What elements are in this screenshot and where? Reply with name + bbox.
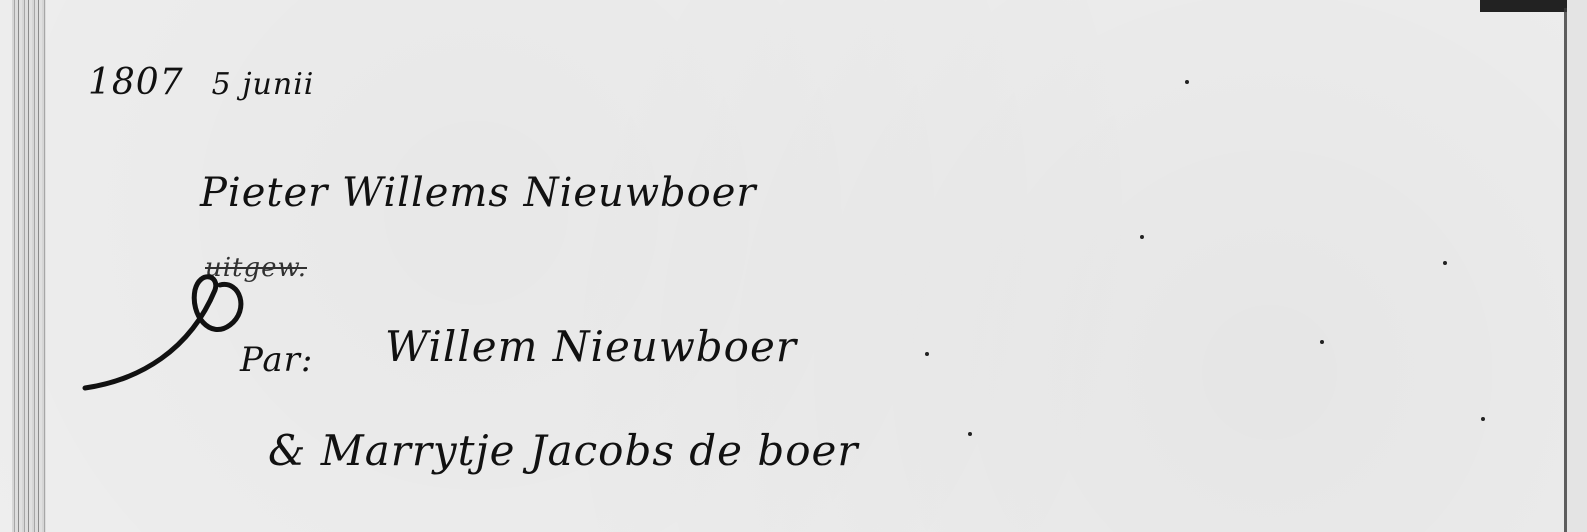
- ink-speck: [1481, 417, 1485, 421]
- book-binding-edge: [12, 0, 46, 532]
- entry-day: 5 junii: [212, 67, 315, 102]
- adjacent-page-strip: [1567, 0, 1587, 532]
- flourish-p-icon: [80, 270, 290, 400]
- entry-year: 1807: [88, 62, 184, 103]
- ink-speck: [968, 432, 972, 436]
- father-name: Willem Nieuwboer: [385, 322, 797, 371]
- mother-name: & Marrytje Jacobs de boer: [268, 426, 858, 475]
- ink-speck: [925, 352, 929, 356]
- ink-speck: [1185, 80, 1189, 84]
- ink-speck: [1320, 340, 1324, 344]
- entry-date: 18075 junii: [88, 62, 314, 103]
- ink-speck: [1443, 261, 1447, 265]
- register-page: 18075 junii Pieter Willems Nieuwboer uit…: [0, 0, 1587, 532]
- parents-label: Par:: [240, 340, 313, 380]
- child-name: Pieter Willems Nieuwboer: [200, 170, 757, 216]
- ink-speck: [1140, 235, 1144, 239]
